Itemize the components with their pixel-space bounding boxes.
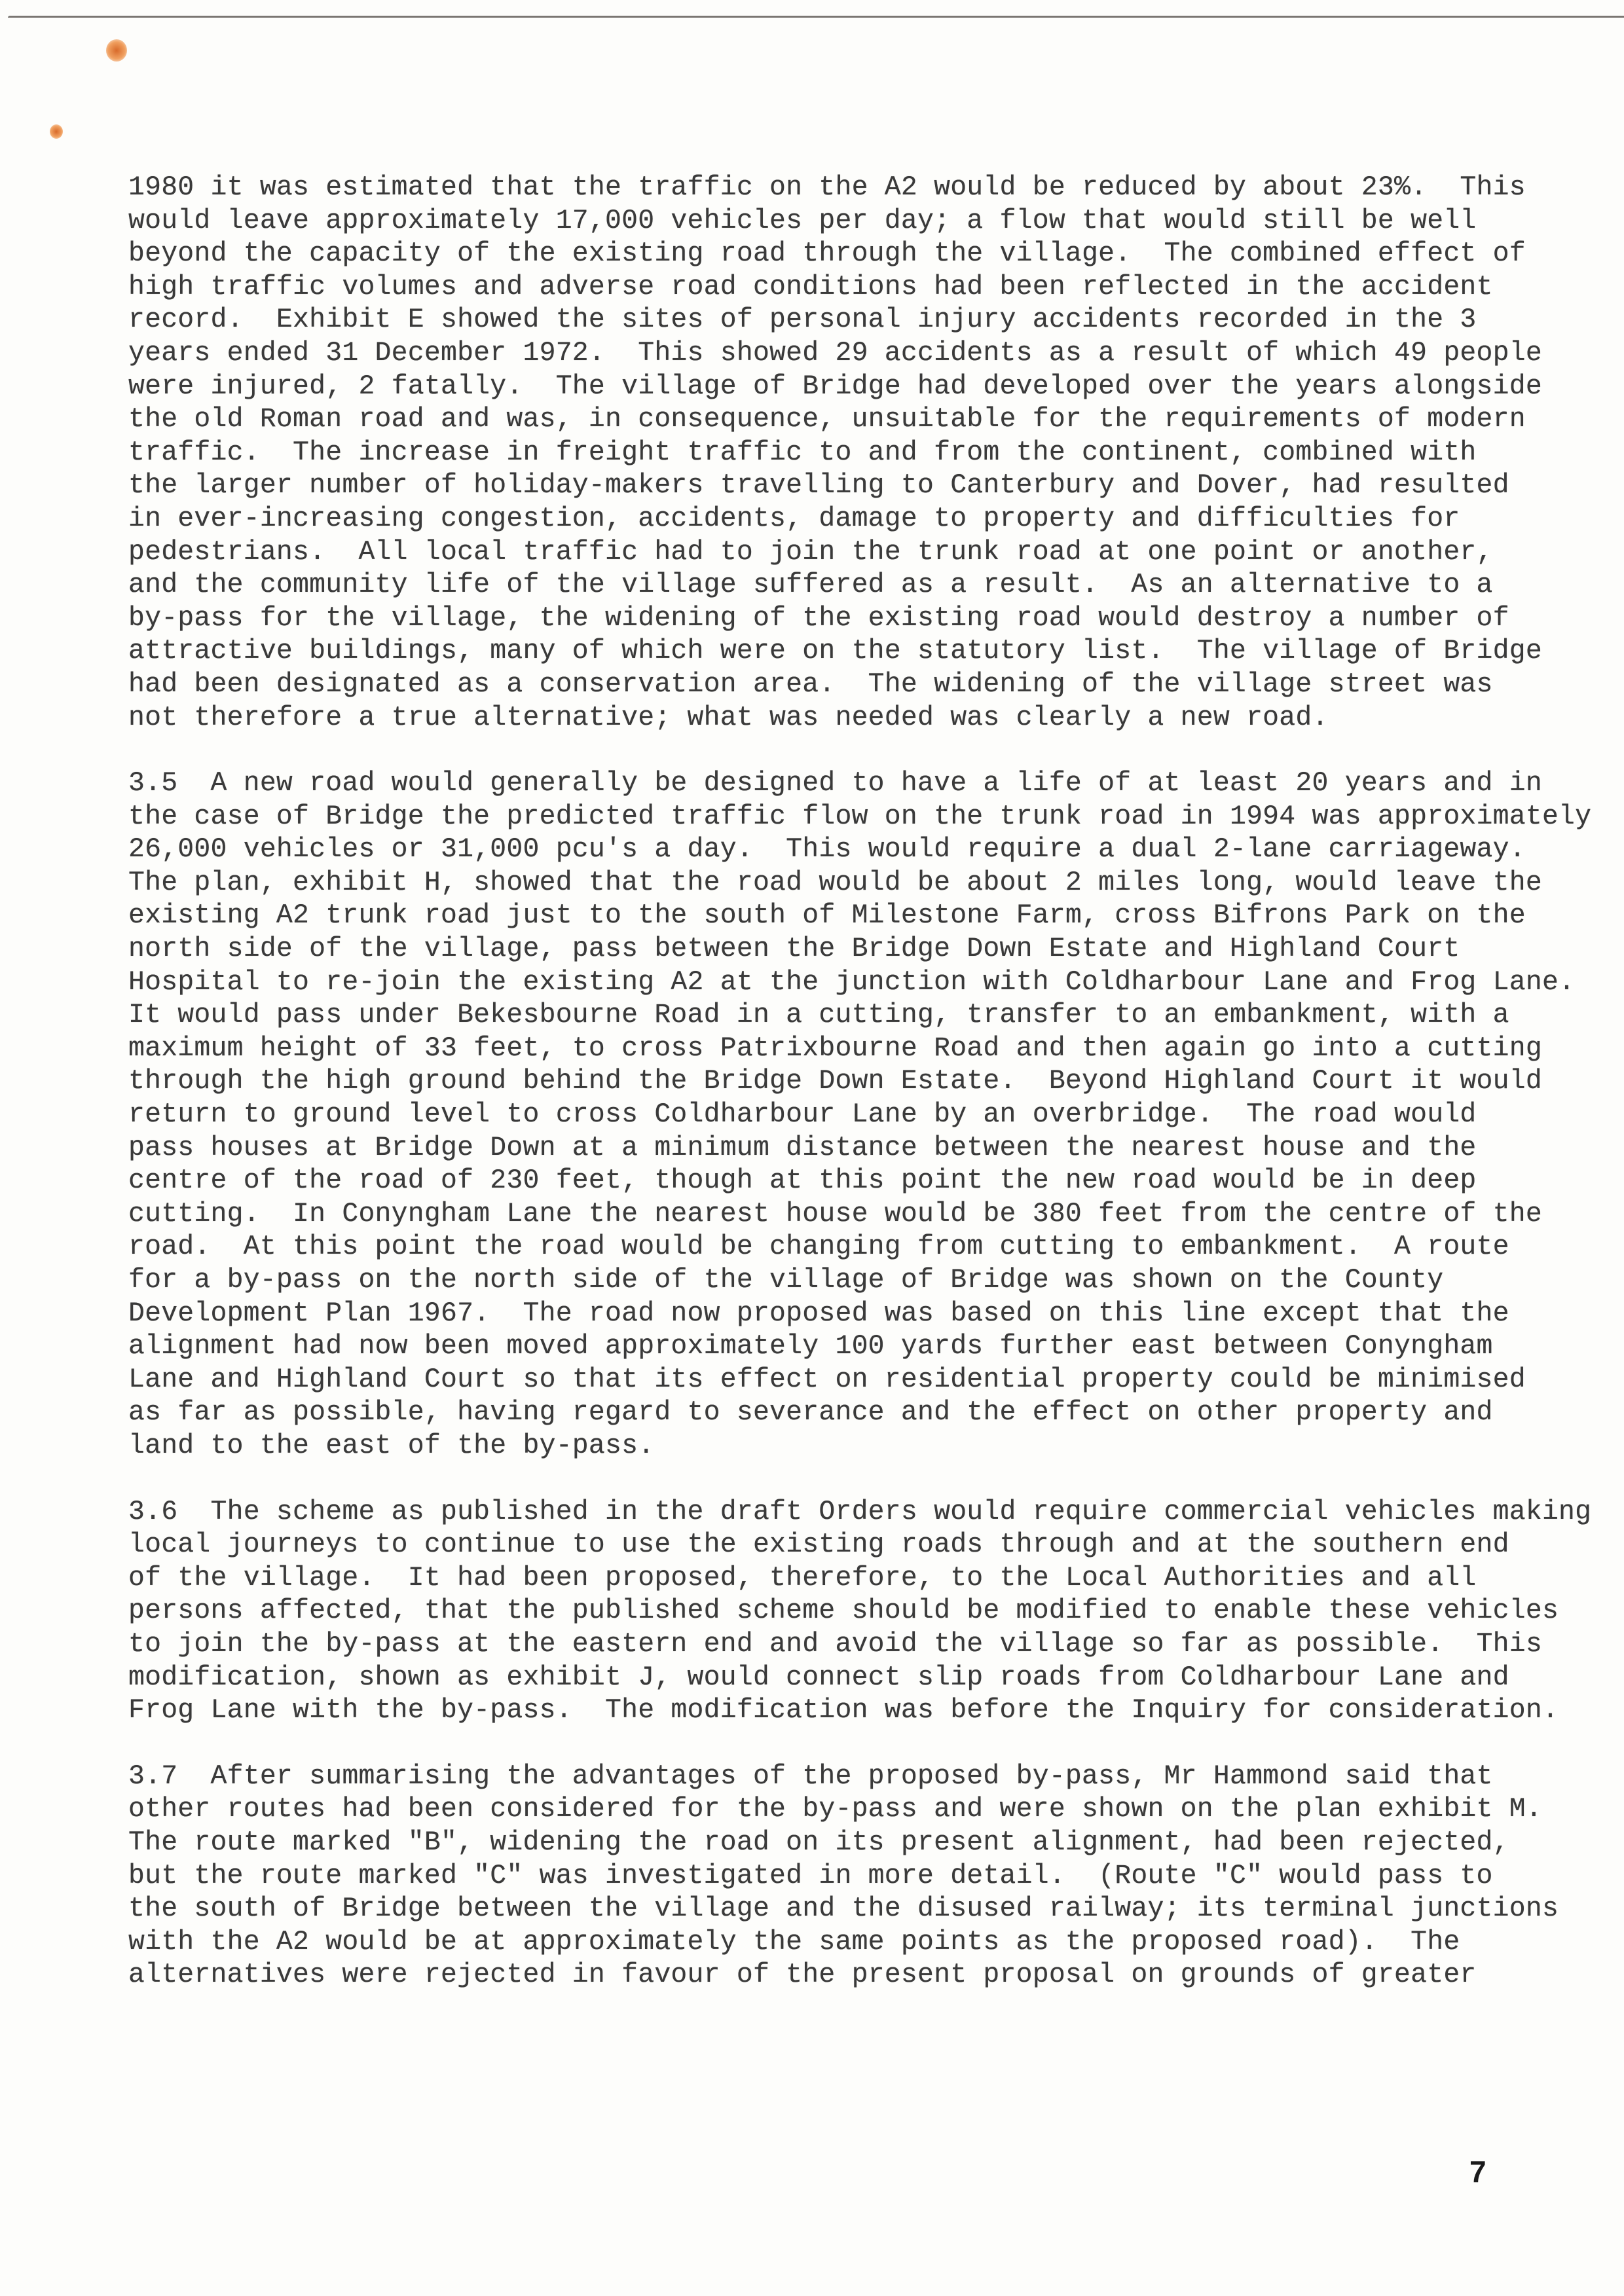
text-line: 1980 it was estimated that the traffic o… (128, 172, 1608, 205)
paragraph-3-7: 3.7 After summarising the advantages of … (128, 1760, 1608, 1992)
text-line: Development Plan 1967. The road now prop… (128, 1298, 1608, 1331)
text-line: Lane and Highland Court so that its effe… (128, 1364, 1608, 1397)
text-line: centre of the road of 230 feet, though a… (128, 1165, 1608, 1198)
paragraph-3-6: 3.6 The scheme as published in the draft… (128, 1496, 1608, 1728)
text-line: by-pass for the village, the widening of… (128, 602, 1608, 636)
text-line: for a by-pass on the north side of the v… (128, 1264, 1608, 1298)
text-line: existing A2 trunk road just to the south… (128, 900, 1608, 933)
text-line: persons affected, that the published sch… (128, 1595, 1608, 1628)
text-line: through the high ground behind the Bridg… (128, 1065, 1608, 1099)
text-line: in ever-increasing congestion, accidents… (128, 503, 1608, 536)
text-line: local journeys to continue to use the ex… (128, 1529, 1608, 1562)
rust-stain-mark (106, 39, 127, 62)
text-line: alignment had now been moved approximate… (128, 1330, 1608, 1364)
text-line: but the route marked "C" was investigate… (128, 1860, 1608, 1893)
text-line: high traffic volumes and adverse road co… (128, 271, 1608, 304)
text-line: alternatives were rejected in favour of … (128, 1959, 1608, 1992)
text-line: 26,000 vehicles or 31,000 pcu's a day. T… (128, 833, 1608, 867)
text-line: modification, shown as exhibit J, would … (128, 1662, 1608, 1695)
text-line: the larger number of holiday-makers trav… (128, 469, 1608, 503)
text-line: the case of Bridge the predicted traffic… (128, 801, 1608, 834)
text-line: pedestrians. All local traffic had to jo… (128, 536, 1608, 570)
text-line: other routes had been considered for the… (128, 1793, 1608, 1827)
text-line: had been designated as a conservation ar… (128, 668, 1608, 702)
text-line: Frog Lane with the by-pass. The modifica… (128, 1694, 1608, 1728)
text-line: It would pass under Bekesbourne Road in … (128, 999, 1608, 1032)
text-line: traffic. The increase in freight traffic… (128, 437, 1608, 470)
text-line: The route marked "B", widening the road … (128, 1827, 1608, 1860)
text-line: pass houses at Bridge Down at a minimum … (128, 1132, 1608, 1165)
text-line: 3.6 The scheme as published in the draft… (128, 1496, 1608, 1529)
text-line: Hospital to re-join the existing A2 at t… (128, 966, 1608, 1000)
paragraph-continuation: 1980 it was estimated that the traffic o… (128, 172, 1608, 735)
paragraph-3-5: 3.5 A new road would generally be design… (128, 767, 1608, 1463)
text-line: to join the by-pass at the eastern end a… (128, 1628, 1608, 1662)
text-line: 3.5 A new road would generally be design… (128, 767, 1608, 801)
text-line: The plan, exhibit H, showed that the roa… (128, 867, 1608, 900)
text-line: record. Exhibit E showed the sites of pe… (128, 304, 1608, 337)
text-line: not therefore a true alternative; what w… (128, 702, 1608, 735)
text-line: were injured, 2 fatally. The village of … (128, 371, 1608, 404)
text-line: land to the east of the by-pass. (128, 1430, 1608, 1463)
page-number: 7 (1469, 2154, 1486, 2189)
text-line: cutting. In Conyngham Lane the nearest h… (128, 1198, 1608, 1231)
text-line: as far as possible, having regard to sev… (128, 1396, 1608, 1430)
text-line: beyond the capacity of the existing road… (128, 238, 1608, 271)
text-line: north side of the village, pass between … (128, 933, 1608, 966)
text-line: years ended 31 December 1972. This showe… (128, 337, 1608, 371)
text-line: would leave approximately 17,000 vehicle… (128, 205, 1608, 238)
text-line: road. At this point the road would be ch… (128, 1231, 1608, 1264)
text-line: the south of Bridge between the village … (128, 1893, 1608, 1926)
rust-stain-mark (50, 124, 63, 139)
text-line: with the A2 would be at approximately th… (128, 1926, 1608, 1959)
text-line: maximum height of 33 feet, to cross Patr… (128, 1032, 1608, 1066)
text-line: the old Roman road and was, in consequen… (128, 403, 1608, 437)
text-line: return to ground level to cross Coldharb… (128, 1099, 1608, 1132)
text-line: 3.7 After summarising the advantages of … (128, 1760, 1608, 1794)
text-line: attractive buildings, many of which were… (128, 635, 1608, 668)
text-line: of the village. It had been proposed, th… (128, 1562, 1608, 1595)
page-top-edge (8, 16, 1624, 18)
text-line: and the community life of the village su… (128, 569, 1608, 602)
document-body: 1980 it was estimated that the traffic o… (128, 172, 1608, 2025)
